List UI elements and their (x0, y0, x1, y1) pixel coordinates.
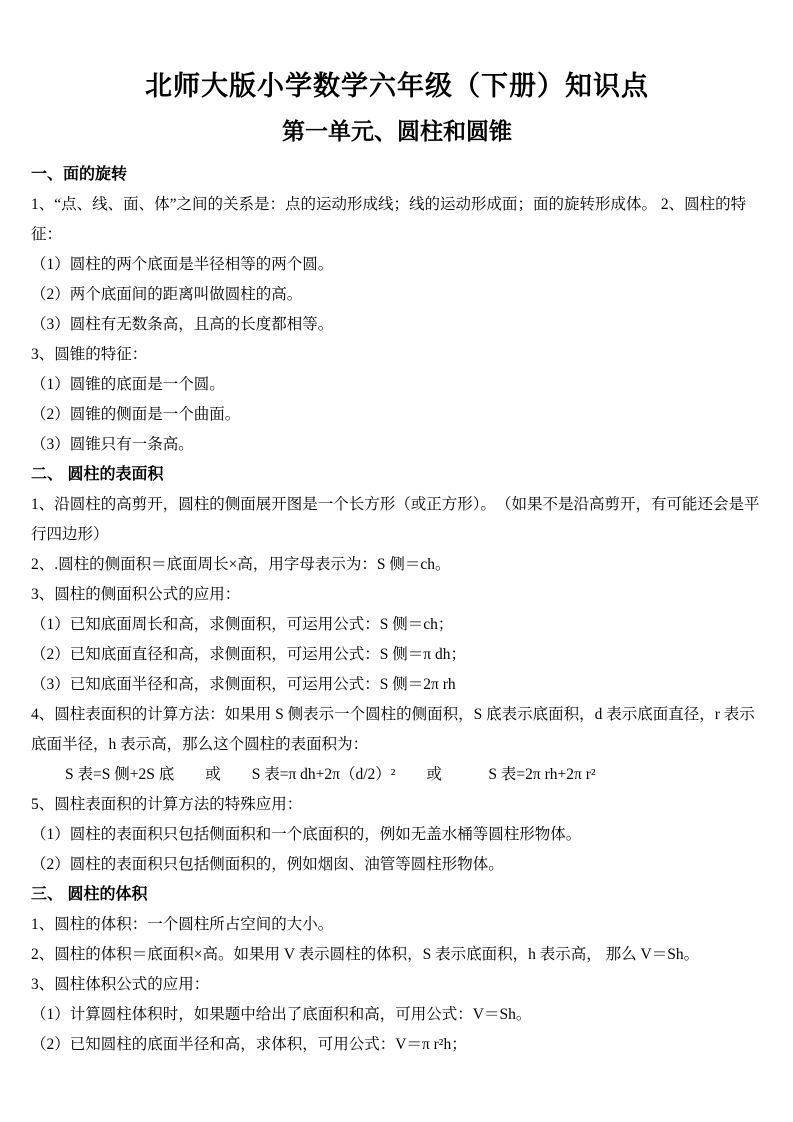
paragraph: （2）已知底面直径和高，求侧面积，可运用公式：S 侧＝π dh； (31, 640, 763, 670)
paragraph: （1）圆锥的底面是一个圆。 (31, 370, 763, 400)
paragraph: （1）圆柱的表面积只包括侧面积和一个底面积的，例如无盖水桶等圆柱形物体。 (31, 820, 763, 850)
paragraph: （1）圆柱的两个底面是半径相等的两个圆。 (31, 250, 763, 280)
section-heading-yuanzhu-biaomianji: 二、 圆柱的表面积 (31, 460, 763, 490)
paragraph: （2）圆柱的表面积只包括侧面积的，例如烟囱、油管等圆柱形物体。 (31, 850, 763, 880)
paragraph: 2、.圆柱的侧面积＝底面周长×高，用字母表示为：S 侧＝ch。 (31, 550, 763, 580)
document-page: 北师大版小学数学六年级（下册）知识点 第一单元、圆柱和圆锥 一、面的旋转 1、“… (0, 0, 793, 1122)
paragraph: 5、圆柱表面积的计算方法的特殊应用： (31, 790, 763, 820)
paragraph: 1、“点、线、面、体”之间的关系是：点的运动形成线；线的运动形成面；面的旋转形成… (31, 190, 763, 250)
paragraph: （3）圆柱有无数条高，且高的长度都相等。 (31, 310, 763, 340)
paragraph: （1）已知底面周长和高，求侧面积，可运用公式：S 侧＝ch； (31, 610, 763, 640)
paragraph: （2）圆锥的侧面是一个曲面。 (31, 400, 763, 430)
surface-area-formula: S 表=S 侧+2S 底 或 S 表=π dh+2π（d/2）² 或 S 表=2… (31, 760, 763, 790)
paragraph: 3、圆锥的特征： (31, 340, 763, 370)
unit-subtitle: 第一单元、圆柱和圆锥 (31, 108, 763, 154)
paragraph: 1、圆柱的体积：一个圆柱所占空间的大小。 (31, 910, 763, 940)
paragraph: 3、圆柱体积公式的应用： (31, 970, 763, 1000)
paragraph: （3）已知底面半径和高，求侧面积，可运用公式：S 侧＝2π rh (31, 670, 763, 700)
paragraph: （1）计算圆柱体积时，如果题中给出了底面积和高，可用公式：V＝Sh。 (31, 1000, 763, 1030)
paragraph: （2）已知圆柱的底面半径和高，求体积，可用公式：V＝π r²h； (31, 1030, 763, 1060)
document-title: 北师大版小学数学六年级（下册）知识点 (31, 66, 763, 108)
paragraph: （2）两个底面间的距离叫做圆柱的高。 (31, 280, 763, 310)
section-heading-mian-de-xuanzhuan: 一、面的旋转 (31, 160, 763, 190)
paragraph: 2、圆柱的体积＝底面积×高。如果用 V 表示圆柱的体积，S 表示底面积，h 表示… (31, 940, 763, 970)
paragraph: （3）圆锥只有一条高。 (31, 430, 763, 460)
paragraph: 1、沿圆柱的高剪开，圆柱的侧面展开图是一个长方形（或正方形）。 （如果不是沿高剪… (31, 490, 763, 550)
section-heading-yuanzhu-tiji: 三、 圆柱的体积 (31, 880, 763, 910)
paragraph: 3、圆柱的侧面积公式的应用： (31, 580, 763, 610)
paragraph: 4、圆柱表面积的计算方法：如果用 S 侧表示一个圆柱的侧面积，S 底表示底面积，… (31, 700, 763, 760)
